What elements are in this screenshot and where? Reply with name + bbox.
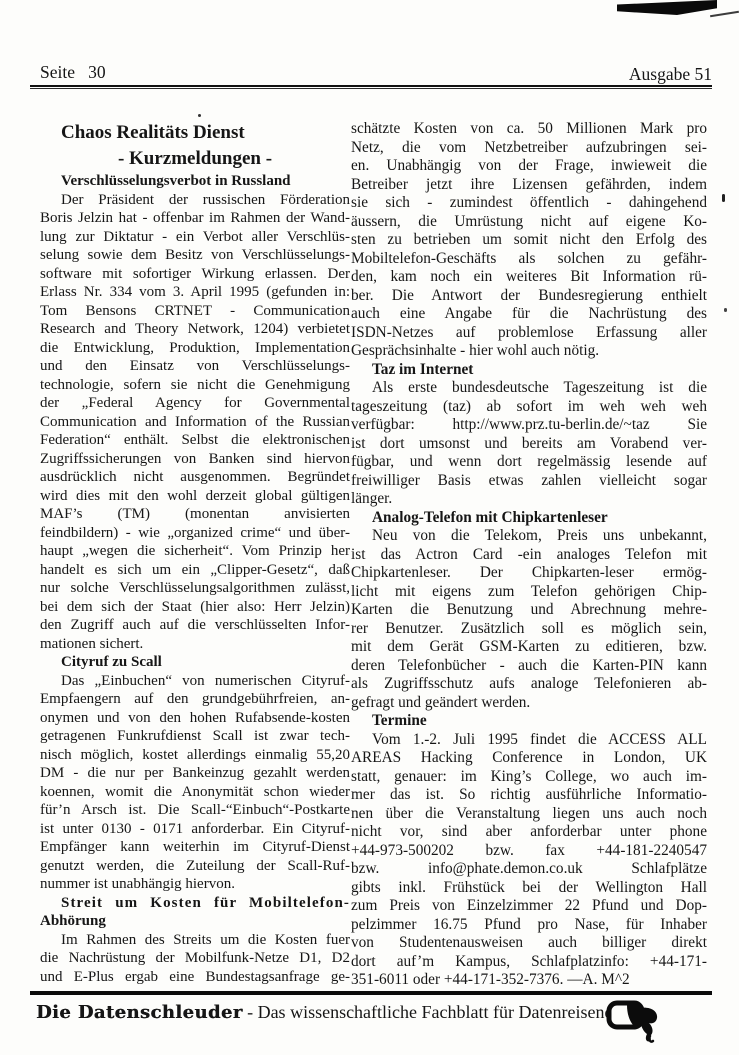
text-line: Erlass Nr. 334 vom 3. April 1995 (gefund… [40,283,350,302]
text-line: ISDN-Netzes auf problemlose Erfassung al… [351,324,707,343]
text-line: Communication and Information of the Rus… [40,413,350,432]
scan-speckle [198,114,201,117]
text-line: +44-973-500202 bzw. fax +44-181-2240547 [351,842,707,861]
text-line: länger. [351,490,707,509]
text-line: AREAS Hacking Conference in London, UK [351,749,707,768]
scan-artifact [710,11,739,18]
text-line: die Nachrüstung der Mobilfunk-Netze D1, … [40,949,350,968]
text-line: mationen sichert. [40,635,350,654]
text-line: Als erste bundesdeutsche Tageszeitung is… [351,379,707,398]
header-rule [30,85,712,89]
text-line: statt, genauer: im King’s College, wo au… [351,768,707,787]
text-line: Boris Jelzin hat - offenbar im Rahmen de… [40,209,350,228]
text-line: feindbildern) - wie „organized crime“ un… [40,524,350,543]
heading-line: Cityruf zu Scall [40,653,350,672]
text-line: zum Preis von Einzelzimmer 22 Pfund und … [351,897,707,916]
text-line: licht mit eigens zum Telefon gehörigen C… [351,583,707,602]
text-line: onymen und von den hohen Rufabsende-kost… [40,709,350,728]
text-line: Das „Einbuchen“ von numerischen Cityruf- [40,672,350,691]
text-line: von Studentenausweisen auch billiger dir… [351,934,707,953]
text-line: deren Telefonbücher - auch die Karten-PI… [351,657,707,676]
text-line: und E-Plus ergab eine Bundestagsanfrage … [40,968,350,987]
text-line: die Entwicklung, Produktion, Implementat… [40,339,350,358]
text-line: koennen, womit die Anonymität schon wied… [40,783,350,802]
text-line: handelt es sich um ein „Clipper-Gesetz“,… [40,561,350,580]
heading-line: - Kurzmeldungen - [40,146,350,172]
text-line: Federation“ enthält. Selbst die elektron… [40,431,350,450]
footer: Die Datenschleuder - Das wissenschaftlic… [36,1002,621,1023]
text-line: nicht vor, sind aber anforderbar unter p… [351,823,707,842]
left-column: Chaos Realitäts Dienst- Kurzmeldungen -V… [40,120,350,986]
text-line: bei dem sich der Staat (hier also: Herr … [40,598,350,617]
text-line: freiwilliger Basis etwas zahlen vielleic… [351,472,707,491]
text-line: dort auf’m Kampus, Schlafplatzinfo: +44-… [351,953,707,972]
text-line: lung zur Diktatur - ein Verbot aller Ver… [40,228,350,247]
text-line: bzw. info@phate.demon.co.uk Schlafplätze [351,860,707,879]
issue-label: Ausgabe 51 [629,64,712,85]
text-line: software mit sofortiger Wirkung erlassen… [40,265,350,284]
text-line: den Zugriff auch auf die verschlüsselten… [40,616,350,635]
text-line: getragenen Funkrufdienst Scall ist zwar … [40,727,350,746]
magazine-brand: Die Datenschleuder [36,1002,243,1023]
text-line: Empfänger kann weiterhin im Cityruf-Dien… [40,838,350,857]
text-line: ber. Die Antwort der Bundesregierung ent… [351,287,707,306]
text-line: den, kam noch ein weiteres Bit Informati… [351,268,707,287]
text-line: mer das ist. So richtig ausführliche Inf… [351,786,707,805]
text-line: ausdrücklich nicht ausgenommen. Begründe… [40,468,350,487]
text-line: wird dies mit den wohl derzeit global gü… [40,487,350,506]
text-line: Empfaengern auf den grundgebührfreien, a… [40,690,350,709]
text-line: ist dort umsonst und bereits am Vorabend… [351,435,707,454]
text-line: nur solche Verschlüsselungsalgorithmen z… [40,579,350,598]
text-line: auch eine Angabe für die Nachrüstung des [351,305,707,324]
text-line: sten zu betrieben um somit nicht den Erf… [351,231,707,250]
text-line: haupt „wegen die sicherheit“. Vom Prinzi… [40,542,350,561]
text-line: Neu von die Telekom, Preis uns unbekannt… [351,527,707,546]
text-line: gibts inkl. Frühstück bei der Wellington… [351,879,707,898]
heading-line: Analog-Telefon mit Chipkartenleser [351,509,707,528]
heading-line: Streit um Kosten für Mobiltelefon- [40,894,350,913]
text-line: schätzte Kosten von ca. 50 Millionen Mar… [351,120,707,139]
heading-line: Termine [351,712,707,731]
heading-line: Abhörung [40,912,350,931]
text-line: pelzimmer 16.75 Pfund pro Nase, für Inha… [351,916,707,935]
text-line: Chipkartenleser. Der Chipkarten-leser er… [351,564,707,583]
text-line: Karten die Benutzung und Abrechnung mehr… [351,601,707,620]
text-line: 351-6011 oder +44-171-352-7376. —A. M^2 [351,971,707,990]
text-line: selung sowie dem Besitz von Verschlüssel… [40,246,350,265]
text-line: Der Präsident der russischen Förderation [40,191,350,210]
text-line: Netz, die vom Netzbetreiber aufzubringen… [351,139,707,158]
heading-line: Verschlüsselungsverbot in Russland [40,172,350,191]
text-line: en. Unabhängig von der Frage, inwieweit … [351,157,707,176]
text-line: nummer ist unabhängig hiervon. [40,875,350,894]
text-line: Betreiber jetzt ihre Lizensen gefährden,… [351,176,707,195]
text-line: tageszeitung (taz) ab sofort im weh weh … [351,398,707,417]
scan-artifact [617,0,717,15]
heading-line: Chaos Realitäts Dienst [40,120,350,146]
text-line: fügbar, und wenn dort regelmässig lesend… [351,453,707,472]
text-line: MAF’s (TM) (monentan anvisierten [40,505,350,524]
right-column: schätzte Kosten von ca. 50 Millionen Mar… [351,120,707,990]
text-line: äussern, die Umrüstung nicht auf eigene … [351,213,707,232]
text-line: Mobiltelefon-Geschäfts als solchen zu ge… [351,250,707,269]
text-line: ist unter 0130 - 0171 anforderbar. Ein C… [40,820,350,839]
footer-tagline: - Das wissenschaftliche Fachblatt für Da… [243,1002,622,1022]
scan-speckle [722,194,725,202]
text-line: Research and Theory Network, 1204) verbi… [40,320,350,339]
text-line: Tom Bensons CRTNET - Communication [40,302,350,321]
text-line: genutzt werden, die Zuteilung der Scall-… [40,857,350,876]
text-line: technologie, sofern sie nicht die Genehm… [40,376,350,395]
text-line: Vom 1.-2. Juli 1995 findet die ACCESS AL… [351,731,707,750]
text-line: der „Federal Agency for Governmental [40,394,350,413]
slingshot-logo-icon [606,996,670,1046]
text-line: Im Rahmen des Streits um die Kosten fuer [40,931,350,950]
text-line: rer Benutzer. Zusätzlich soll es möglich… [351,620,707,639]
scan-speckle [724,308,727,312]
text-line: für’n Arsch ist. Die Scall-“Einbuch“-Pos… [40,801,350,820]
text-line: sie sich - zumindest öffentlich - dahing… [351,194,707,213]
text-line: Gesprächsinhalte - hier wohl auch nötig. [351,342,707,361]
text-line: nen über die Veranstaltung liegen uns au… [351,805,707,824]
text-line: mit dem Gerät GSM-Karten zu editieren, b… [351,638,707,657]
page-number-label: Seite 30 [40,62,106,83]
text-line: DM - die nur per Bankeinzug gezahlt werd… [40,764,350,783]
footer-rule [30,991,712,995]
text-line: Zugriffssicherungen von Banken sind hier… [40,450,350,469]
text-line: gefragt und geändert werden. [351,694,707,713]
text-line: als Zugriffsschutz aufs analoge Telefoni… [351,675,707,694]
magazine-page: Seite 30 Ausgabe 51 Chaos Realitäts Dien… [0,0,739,1055]
text-line: verfügbar: http://www.prz.tu-berlin.de/~… [351,416,707,435]
text-line: ist das Actron Card -ein analoges Telefo… [351,546,707,565]
text-line: nisch möglich, kostet allerdings einmali… [40,746,350,765]
heading-line: Taz im Internet [351,361,707,380]
text-line: und den Einsatz von Verschlüsselungs- [40,357,350,376]
